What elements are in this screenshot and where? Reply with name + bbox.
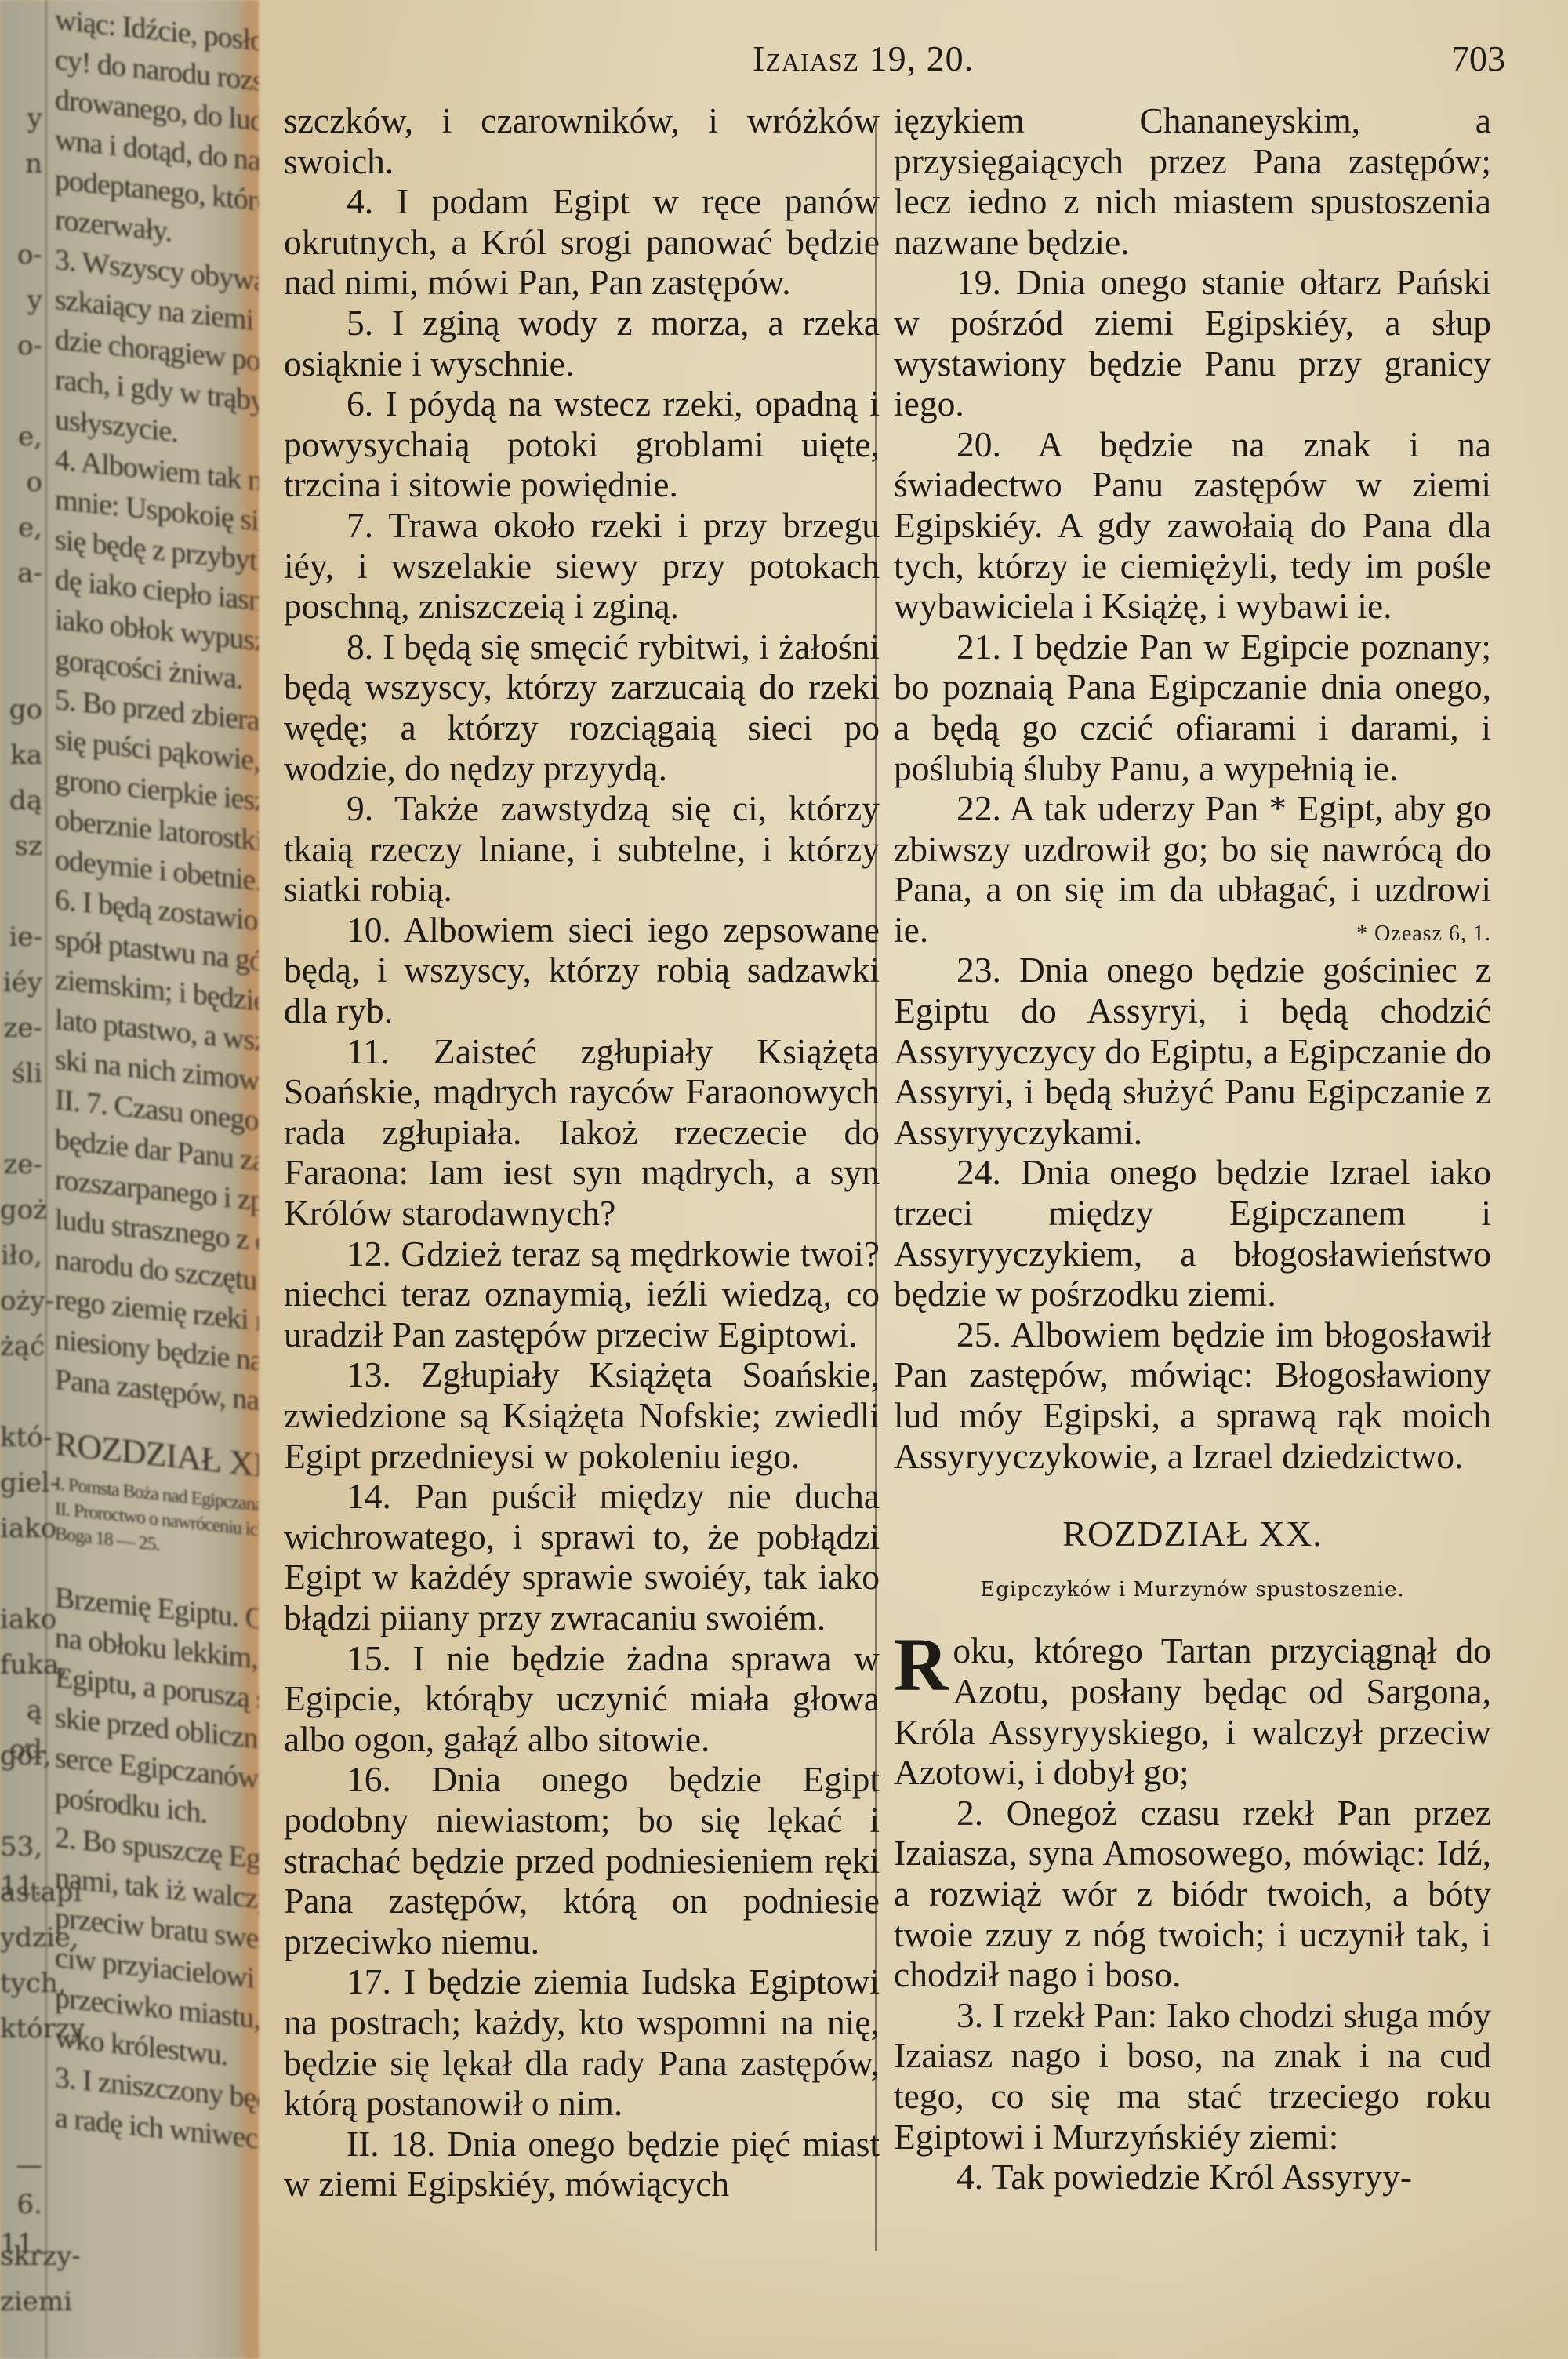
margin-fragment [0, 372, 42, 417]
verse-paragraph: 15. I nie będzie żadna sprawa w Egipcie,… [284, 1638, 880, 1760]
margin-fragment: a- [0, 554, 42, 599]
margin-fragment [0, 1100, 42, 1145]
margin-fragment: żąć [0, 1327, 42, 1372]
right-column: ięzykiem Chananeyskim, a przysięgaiących… [894, 100, 1491, 2197]
margin-fragment [0, 872, 42, 918]
verse-paragraph: 25. Albowiem będzie im błogosławił Pan z… [894, 1314, 1491, 1476]
margin-fragment: y [0, 281, 42, 326]
verse-text: oku, którego Tartan przyciągnął do Azotu… [894, 1630, 1491, 1792]
margin-fragment: ydzie, [0, 1918, 42, 1964]
margin-fragment: fuka, [0, 1645, 42, 1691]
margin-fragment: skrzy- [0, 2237, 42, 2282]
margin-fragment: sz [0, 827, 42, 872]
running-head: Izaiasz 19, 20. [753, 38, 974, 79]
verse-paragraph: 4. Tak powiedzie Król Assyryy- [894, 2157, 1491, 2197]
margin-fragment: iako [0, 1600, 42, 1645]
page-header: Izaiasz 19, 20. 703 [282, 38, 1505, 93]
verse-paragraph: 11. Zaisteć zgłupiały Książęta Soańskie,… [284, 1031, 880, 1234]
footnote-reference: * Ozeasz 6, 1. [1356, 914, 1491, 954]
left-page-curl: yno-yo-e,oe,a-gokadąszie-iéyze-ślize-goż… [0, 0, 259, 2359]
verse-paragraph: 5. I zginą wody z morza, a rzeka osiąkni… [284, 303, 880, 383]
verse-paragraph: ięzykiem Chananeyskim, a przysięgaiących… [894, 100, 1491, 262]
margin-fragment [0, 53, 42, 99]
verse-paragraph: 19. Dnia onego stanie ołtarz Pański w po… [894, 262, 1491, 423]
verse-paragraph: 16. Dnia onego będzie Egipt podobny niew… [284, 1759, 880, 1961]
left-column: szczków, i czarowników, i wróżków swoich… [284, 100, 880, 2205]
margin-fragment: ą od [0, 1691, 42, 1736]
verse-paragraph: 14. Pan puścił między nie ducha wichrowa… [284, 1476, 880, 1637]
margin-fragment: oży- [0, 1281, 42, 1327]
verse-paragraph: 6. I póydą na wstecz rzeki, opadną i pow… [284, 383, 880, 505]
margin-fragment [0, 1372, 42, 1418]
margin-fragment [0, 1554, 42, 1600]
verse-paragraph: 3. I rzekł Pan: Iako chodzi sługa móy Iz… [894, 1995, 1491, 2157]
margin-fragment: iéy [0, 963, 42, 1009]
drop-cap: R [894, 1634, 948, 1696]
verse-paragraph: 4. I podam Egipt w ręce panów okrutnych,… [284, 181, 880, 303]
lighting-shade [259, 2218, 1568, 2359]
margin-fragment: którzy [0, 2009, 42, 2055]
margin-fragment [0, 599, 42, 645]
verse-paragraph: 8. I będą się smęcić rybitwi, i żałośni … [284, 627, 880, 788]
margin-fragment: e, [0, 508, 42, 554]
margin-fragment: astapi [0, 1873, 42, 1918]
page-gutter-shadow [235, 0, 259, 2359]
verse-paragraph: szczków, i czarowników, i wróżków swoich… [284, 100, 880, 181]
verse-paragraph: 24. Dnia onego będzie Izrael iako trzeci… [894, 1152, 1491, 1314]
margin-fragment [0, 2055, 42, 2100]
verse-1: Roku, którego Tartan przyciągnął do Azot… [894, 1630, 1491, 1792]
verse-paragraph: 20. A będzie na znak i na świadectwo Pan… [894, 424, 1491, 627]
left-page-text: wiąc: Idźcie, posłowiecy! do narodu rozs… [55, 0, 251, 2158]
margin-fragment: y [0, 99, 42, 144]
margin-fragment: tych, [0, 1964, 42, 2009]
margin-fragment: e, [0, 417, 42, 463]
margin-fragment: ka [0, 736, 42, 781]
verse-paragraph: 7. Trawa około rzeki i przy brzegu iéy, … [284, 505, 880, 627]
margin-fragment [0, 190, 42, 235]
margin-fragment: ze- [0, 1145, 42, 1190]
margin-fragment: śli [0, 1054, 42, 1100]
margin-fragment: iło, [0, 1236, 42, 1281]
page-number: 703 [1451, 38, 1505, 79]
verse-paragraph: 10. Albowiem sieci iego zepsowane będą, … [284, 910, 880, 1031]
margin-fragment: —6. 11. [0, 2146, 42, 2191]
margin-fragment: o- [0, 326, 42, 372]
margin-fragment [0, 645, 42, 690]
margin-fragment: ie- [0, 918, 42, 963]
margin-fragment: iako [0, 1509, 42, 1554]
verse-paragraph: 23. Dnia onego będzie gościniec z Egiptu… [894, 950, 1491, 1152]
left-page-margin-fragments: yno-yo-e,oe,a-gokadąszie-iéyze-ślize-goż… [0, 0, 47, 2359]
verse-paragraph: 9. Także zawstydzą się ci, którzy tkaią … [284, 788, 880, 910]
verse-paragraph: 12. Gdzież teraz są mędrkowie twoi? niec… [284, 1234, 880, 1355]
verse-paragraph: 2. Onegoż czasu rzekł Pan przez Izaiasza… [894, 1793, 1491, 1995]
chapter-heading: ROZDZIAŁ XX. [894, 1514, 1491, 1554]
margin-fragment: o [0, 463, 42, 508]
margin-fragment: giel- [0, 1463, 42, 1509]
verse-paragraph: 17. I będzie ziemia Iudska Egiptowi na p… [284, 1961, 880, 2123]
margin-fragment: 53, 11. [0, 1827, 42, 1873]
margin-fragment: gór, [0, 1736, 42, 1782]
verse-paragraph: 21. I będzie Pan w Egipcie poznany; bo p… [894, 627, 1491, 788]
margin-fragment: goż [0, 1190, 42, 1236]
column-divider [875, 118, 877, 2251]
margin-fragment [0, 2100, 42, 2146]
margin-fragment [0, 1782, 42, 1827]
margin-fragment: dą [0, 781, 42, 827]
margin-fragment: go [0, 690, 42, 736]
margin-fragment [0, 8, 42, 53]
margin-fragment: o- [0, 235, 42, 281]
margin-fragment: któ- [0, 1418, 42, 1463]
verse-paragraph: 13. Zgłupiały Książęta Soańskie, zwiedzi… [284, 1354, 880, 1476]
margin-fragment: ze- [0, 1009, 42, 1054]
verse-paragraph: II. 18. Dnia onego będzie pięć miast w z… [284, 2124, 880, 2205]
chapter-summary: Egipczyków i Murzynów spustoszenie. [894, 1570, 1491, 1611]
margin-fragment: n [0, 144, 42, 190]
margin-fragment: ziemi [0, 2282, 42, 2328]
